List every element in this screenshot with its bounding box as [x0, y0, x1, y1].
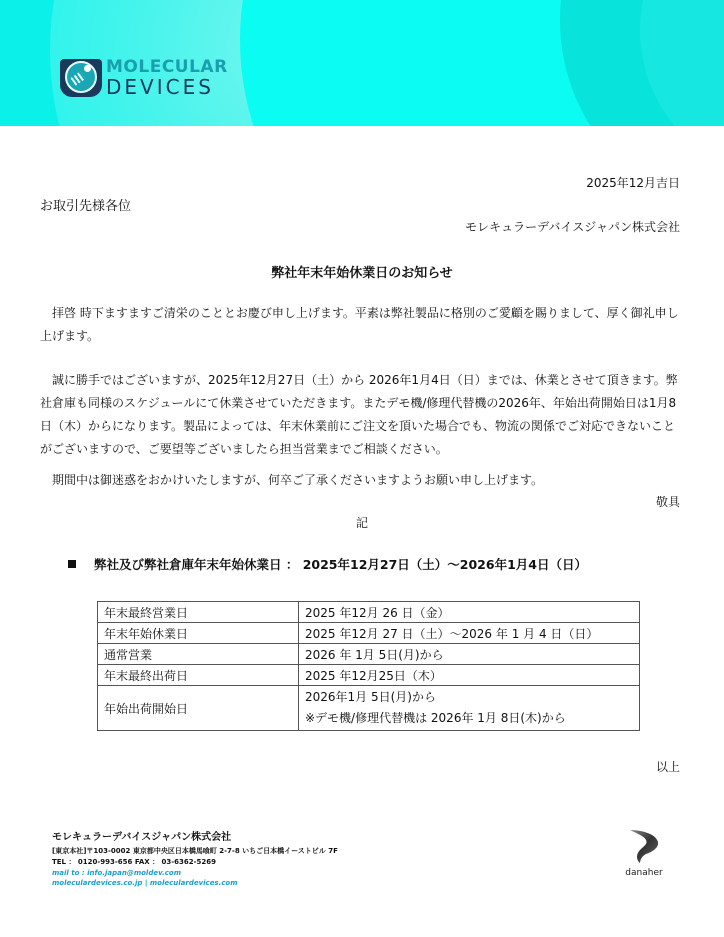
table-row: 年始出荷開始日 2026年1月 5日(月)から ※デモ機/修理代替機は 2026… [98, 686, 640, 731]
danaher-wordmark: danaher [624, 868, 664, 878]
schedule-value: 2026 年 1月 5日(月)から [299, 644, 640, 665]
danaher-logo: danaher [624, 828, 664, 878]
notice-title: 弊社年末年始休業日のお知らせ [0, 262, 724, 281]
table-row: 年末最終出荷日 2025 年12月25日（木） [98, 665, 640, 686]
schedule-label: 年始出荷開始日 [98, 686, 299, 731]
ki-marker: 記 [0, 514, 724, 531]
table-row: 年末最終営業日 2025 年12月 26 日（金） [98, 602, 640, 623]
holiday-heading: 弊社及び弊社倉庫年末年始休業日 ： 2025年12月27日（土）～2026年1月… [68, 555, 587, 573]
header-banner: MOLECULAR DEVICES [0, 0, 724, 126]
logo-text-molecular: MOLECULAR [106, 59, 228, 76]
addressee: お取引先様各位 [40, 195, 131, 214]
schedule-value: 2025 年12月 26 日（金） [299, 602, 640, 623]
apology-paragraph: 期間中は御迷惑をおかけいたしますが、何卒ご了承くださいますようお願い申し上げます… [40, 469, 684, 492]
footer-phone: TEL ： 0120-993-656 FAX ： 03-6362-5269 [52, 857, 338, 867]
schedule-label: 年末最終出荷日 [98, 665, 299, 686]
schedule-value: 2026年1月 5日(月)から ※デモ機/修理代替機は 2026年 1月 8日(… [299, 686, 640, 731]
footer-web-links[interactable]: moleculardevices.co.jp | moleculardevice… [52, 879, 338, 887]
closing-keigu: 敬具 [656, 493, 680, 510]
danaher-logo-icon [628, 828, 662, 864]
footer-address: [東京本社]〒103-0002 東京都中央区日本橋馬喰町 2-7-8 いちご日本… [52, 846, 338, 856]
schedule-value: 2025 年12月25日（木） [299, 665, 640, 686]
footer-email-link[interactable]: mail to : info.japan@moldev.com [52, 869, 338, 877]
footer-contact: モレキュラーデバイスジャパン株式会社 [東京本社]〒103-0002 東京都中央… [52, 828, 338, 887]
square-bullet-icon [68, 560, 76, 568]
holiday-heading-text: 弊社及び弊社倉庫年末年始休業日 ： 2025年12月27日（土）～2026年1月… [94, 555, 587, 573]
table-row: 年末年始休業日 2025 年12月 27 日（土）～2026 年 1 月 4 日… [98, 623, 640, 644]
molecular-devices-logo-icon [60, 59, 102, 97]
schedule-label: 年末最終営業日 [98, 602, 299, 623]
schedule-value: 2025 年12月 27 日（土）～2026 年 1 月 4 日（日） [299, 623, 640, 644]
closing-ijo: 以上 [656, 758, 680, 775]
letter-date: 2025年12月吉日 [586, 174, 680, 191]
schedule-value-note: ※デモ機/修理代替機は 2026年 1月 8日(木)から [305, 708, 633, 729]
holiday-paragraph: 誠に勝手ではございますが、2025年12月27日（土）から 2026年1月4日（… [40, 369, 684, 461]
schedule-label: 通常営業 [98, 644, 299, 665]
schedule-label: 年末年始休業日 [98, 623, 299, 644]
schedule-value-line: 2026年1月 5日(月)から [305, 687, 633, 708]
logo-text-devices: DEVICES [106, 77, 228, 97]
greeting-paragraph: 拝啓 時下ますますご清栄のこととお慶び申し上げます。平素は弊社製品に格別のご愛顧… [40, 302, 684, 348]
sender-company: モレキュラーデバイスジャパン株式会社 [465, 218, 680, 235]
table-row: 通常営業 2026 年 1月 5日(月)から [98, 644, 640, 665]
footer-company: モレキュラーデバイスジャパン株式会社 [52, 828, 338, 843]
molecular-devices-logo: MOLECULAR DEVICES [60, 58, 228, 98]
schedule-table: 年末最終営業日 2025 年12月 26 日（金） 年末年始休業日 2025 年… [97, 601, 640, 731]
